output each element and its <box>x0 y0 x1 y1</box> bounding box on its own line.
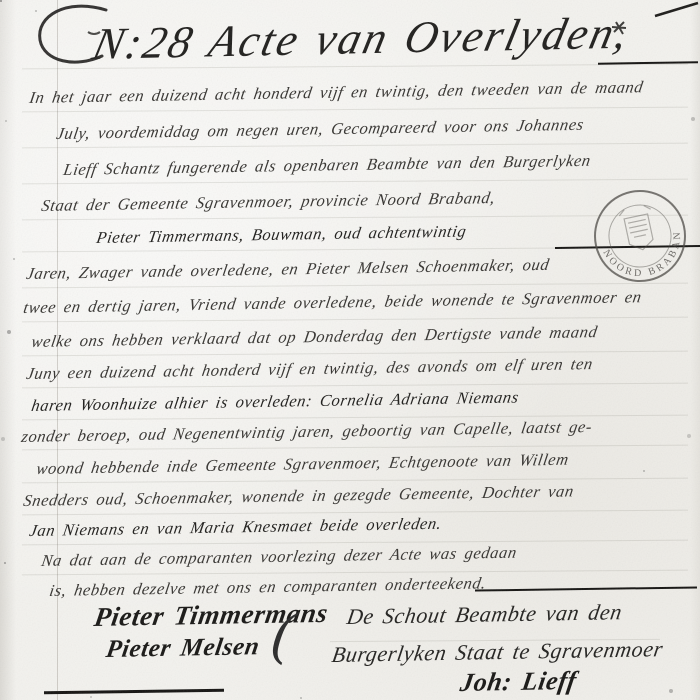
body-line: Snedders oud, Schoenmaker, wonende in ge… <box>22 481 575 511</box>
body-line: July, voordemiddag om negen uren, Gecomp… <box>55 115 585 144</box>
document-title: N:28 Acte van Overlyden, <box>88 7 635 70</box>
body-line: zonder beroep, oud Negenentwintig jaren,… <box>20 417 594 447</box>
body-line: Juny een duizend acht honderd vijf en tw… <box>25 354 594 384</box>
signature-pieter-melsen: Pieter Melsen <box>104 633 262 664</box>
scanned-death-record-page: N:28 Acte van Overlyden, In het jaar een… <box>0 0 700 700</box>
ruled-line <box>22 107 688 113</box>
body-line: Na dat aan de comparanten voorlezing dez… <box>40 543 518 571</box>
body-line: Pieter Timmermans, Bouwman, oud achtentw… <box>95 221 468 248</box>
body-line: haren Woonhuize alhier is overleden: Cor… <box>30 387 520 416</box>
svg-text:NOORD BRABAND: NOORD BRABAND <box>576 186 691 293</box>
stamp-text: NOORD BRABAND <box>576 186 691 293</box>
ruled-line <box>22 143 688 149</box>
filler-line <box>475 586 697 591</box>
noord-braband-stamp: NOORD BRABAND <box>576 186 700 301</box>
ruled-line <box>22 179 688 185</box>
paper-speckles <box>0 0 2 2</box>
body-line: Lieff Schantz fungerende als openbaren B… <box>62 151 592 180</box>
body-line: In het jaar een duizend acht honderd vij… <box>28 77 645 108</box>
ruled-line <box>22 570 688 576</box>
signature-official-role-line2: Burgerlyken Staat te Sgravenmoer <box>330 636 665 668</box>
body-line: welke ons hebben verklaard dat op Donder… <box>30 322 599 352</box>
signature-official-role-line1: De Schout Beambte van den <box>345 599 624 630</box>
body-line: Jan Niemans en van Maria Knesmaet beide … <box>28 514 443 541</box>
body-line: twee en dertig jaren, Vriend vande overl… <box>22 287 643 318</box>
filler-line <box>44 689 224 695</box>
ruled-line <box>22 540 688 546</box>
ruled-line <box>22 445 688 451</box>
ruled-line <box>22 478 688 484</box>
signature-joh-lieff: Joh: Lieff <box>458 666 579 698</box>
ruled-line <box>22 383 688 389</box>
body-line: Staat der Gemeente Sgravenmoer, provinci… <box>40 188 497 216</box>
body-line: Jaren, Zwager vande overledene, en Piete… <box>25 255 551 284</box>
body-line: is, hebben dezelve met ons en comparante… <box>48 573 488 601</box>
body-line: woond hebbende inde Gemeente Sgravenmoer… <box>35 450 570 479</box>
